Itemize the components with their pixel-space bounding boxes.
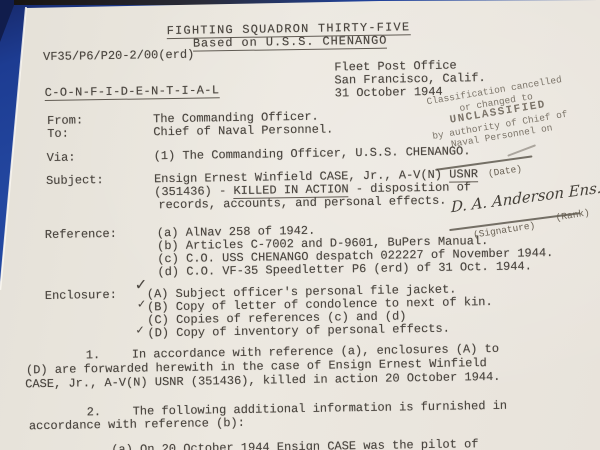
document-content: FIGHTING SQUADRON THIRTY-FIVE Based on U… <box>0 0 600 450</box>
subject-line-3: records, accounts, and personal effects. <box>158 195 446 213</box>
photo-corner-shadow <box>0 0 16 42</box>
photo-of-document: { "photo": { "background_blue": "#1e3f96… <box>0 0 600 450</box>
date-label: (Date) <box>487 164 522 179</box>
squadron-subtitle: Based on U.S.S. CHENANGO <box>193 35 388 52</box>
enclosure-label: Enclosure: <box>45 289 117 303</box>
classification-marking: C-O-N-F-I-D-E-N-T-I-A-L <box>45 84 220 101</box>
via-label: Via: <box>47 152 76 165</box>
enclosure-item-d: (D) Copy of inventory of personal effect… <box>147 323 450 341</box>
to-value: Chief of Naval Personnel. <box>153 123 333 139</box>
checkmark-enclosure-a: ✓ <box>135 279 148 290</box>
reference-label: Reference: <box>45 228 117 242</box>
paragraph-2-line-2: accordance with reference (b): <box>29 417 245 433</box>
paragraph-1-number: 1. <box>86 349 101 362</box>
document-sheet: FIGHTING SQUADRON THIRTY-FIVE Based on U… <box>0 0 600 450</box>
checkmark-enclosure-d: ✓ <box>135 324 144 335</box>
checkmark-enclosure-b: ✓ <box>137 298 146 309</box>
subject-label: Subject: <box>46 174 104 188</box>
clipped-bottom-line: (a) On 20 October 1944 Ensign CASE was t… <box>111 438 478 450</box>
file-reference: VF35/P6/P20-2/00(erd) <box>43 49 194 64</box>
to-label: To: <box>47 128 69 141</box>
rank-label: (Rank) <box>555 208 590 223</box>
